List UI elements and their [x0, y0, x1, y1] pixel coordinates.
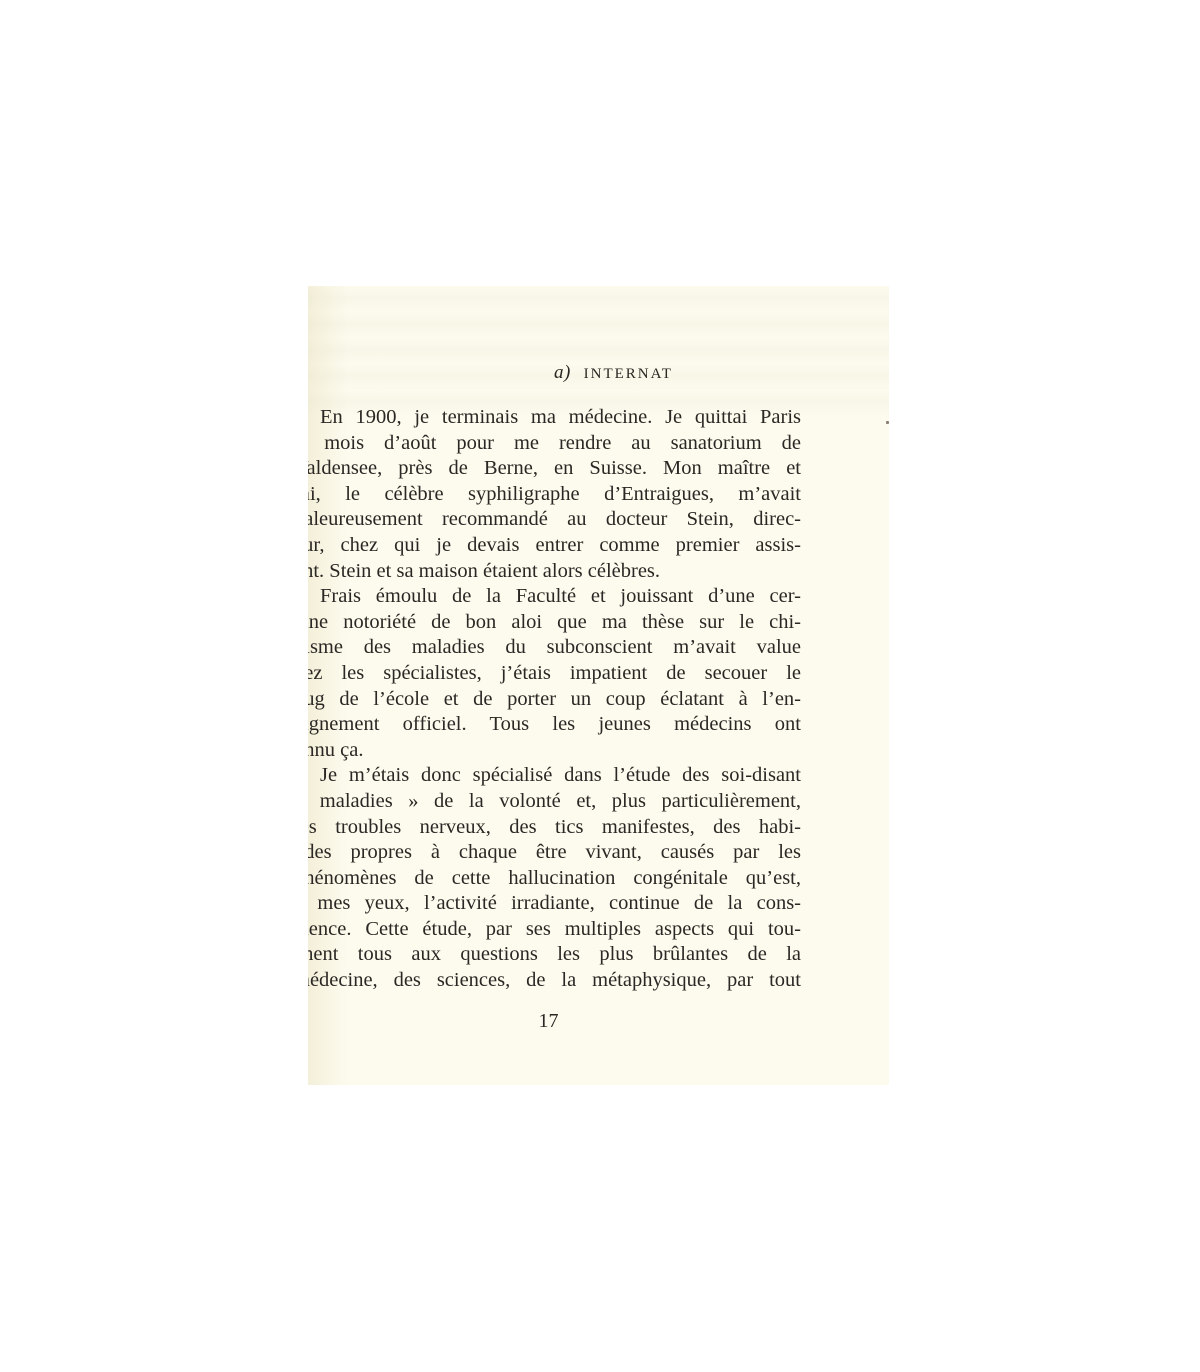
bleed-through-text	[308, 286, 889, 416]
text-line: udes propres à chaque être vivant, causé…	[308, 840, 801, 866]
text-line: eur, chez qui je devais entrer comme pre…	[308, 533, 801, 559]
text-line: Frais émoulu de la Faculté et jouissant …	[308, 584, 801, 610]
text-line: En 1900, je terminais ma médecine. Je qu…	[308, 405, 801, 431]
paragraph-1: En 1900, je terminais ma médecine. Je qu…	[308, 405, 801, 584]
text-line: mi, le célèbre syphiligraphe d’Entraigue…	[308, 482, 801, 508]
text-line: aine notoriété de bon aloi que ma thèse …	[308, 610, 801, 636]
text-line: haleureusement recommandé au docteur Ste…	[308, 507, 801, 533]
text-line: eignement officiel. Tous les jeunes méde…	[308, 712, 801, 738]
book-page: a) INTERNAT En 1900, je terminais ma méd…	[308, 286, 889, 1085]
text-line: nisme des maladies du subconscient m’ava…	[308, 635, 801, 661]
text-line: médecine, des sciences, de la métaphysiq…	[308, 968, 801, 994]
text-line: hez les spécialistes, j’étais impatient …	[308, 661, 801, 687]
paragraph-2: Frais émoulu de la Faculté et jouissant …	[308, 584, 801, 763]
paper-speck	[886, 421, 889, 424]
body-text: En 1900, je terminais ma médecine. Je qu…	[308, 405, 801, 994]
text-line: les troubles nerveux, des tics manifeste…	[308, 815, 801, 841]
section-title: INTERNAT	[584, 366, 673, 382]
section-heading: a) INTERNAT	[308, 362, 889, 384]
text-line: onnu ça.	[308, 738, 801, 764]
page-number: 17	[308, 1010, 839, 1033]
text-line: u mois d’août pour me rendre au sanatori…	[308, 431, 801, 457]
text-line: chent tous aux questions les plus brûlan…	[308, 942, 801, 968]
section-marker: a)	[554, 362, 571, 383]
text-line: « maladies » de la volonté et, plus part…	[308, 789, 801, 815]
paragraph-3: Je m’étais donc spécialisé dans l’étude …	[308, 763, 801, 993]
text-line: cience. Cette étude, par ses multiples a…	[308, 917, 801, 943]
text-line: Je m’étais donc spécialisé dans l’étude …	[308, 763, 801, 789]
text-line: oug de l’école et de porter un coup écla…	[308, 687, 801, 713]
text-line: à mes yeux, l’activité irradiante, conti…	[308, 891, 801, 917]
text-line: ant. Stein et sa maison étaient alors cé…	[308, 559, 801, 585]
text-line: phénomènes de cette hallucination congén…	[308, 866, 801, 892]
text-line: Valdensee, près de Berne, en Suisse. Mon…	[308, 456, 801, 482]
